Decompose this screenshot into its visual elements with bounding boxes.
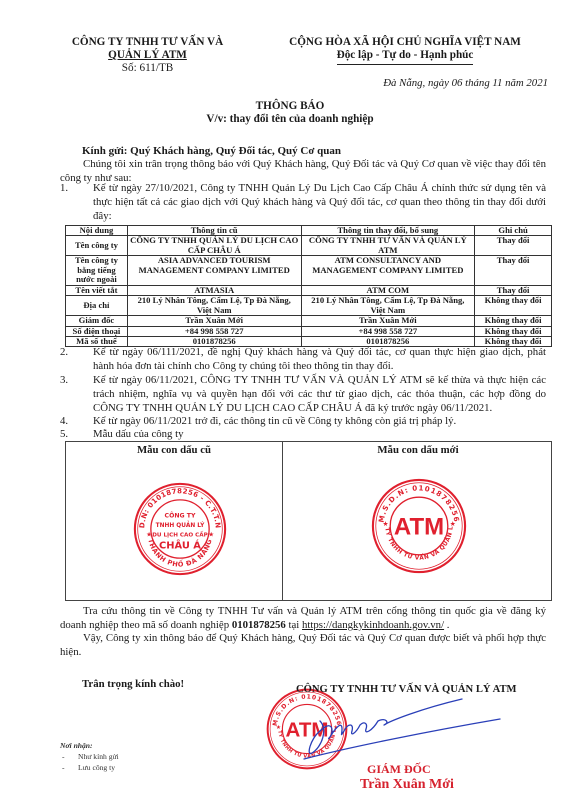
recipients-heading: Nơi nhận: [60, 740, 119, 751]
table-row: Địa chỉ210 Lý Nhân Tông, Cẩm Lệ, Tp Đà N… [66, 296, 552, 316]
row-label: Giám đốc [66, 316, 128, 326]
col-header-new: Thông tin thay đổi, bổ sung [301, 226, 475, 236]
item-text: Kể từ ngày 06/111/2021, đề nghị Quý khác… [93, 346, 546, 374]
new-stamp-cell: Mẫu con dấu mới M.S.D.N: 0101878256 CÔNG… [283, 442, 553, 600]
old-company-seal-icon: M.S.D.N: 0101878256 - C.T.T.N.H.H THÀNH … [133, 482, 227, 576]
item-number: 1. [60, 182, 68, 196]
lookup-text-end: . [444, 619, 449, 631]
document-date: Đà Nẵng, ngày 06 tháng 11 năm 2021 [383, 77, 548, 90]
greeting: Kính gửi: Quý Khách hàng, Quý Đối tác, Q… [82, 145, 341, 158]
row-label: Tên công ty bằng tiếng nước ngoài [66, 256, 128, 285]
old-stamp-cell: Mẫu con dấu cũ M.S.D.N: 0101878256 - C.T… [66, 442, 283, 600]
issuer-name-line2: QUẢN LÝ ATM [60, 49, 235, 62]
new-stamp-header: Mẫu con dấu mới [283, 444, 553, 457]
svg-text:★: ★ [276, 724, 281, 731]
svg-text:CÔNG TY: CÔNG TY [165, 511, 196, 520]
old-value: CÔNG TY TNHH QUẢN LÝ DU LỊCH CAO CẤP CHÂ… [127, 236, 301, 256]
old-value: 210 Lý Nhân Tông, Cẩm Lệ, Tp Đà Nẵng, Vi… [127, 296, 301, 316]
row-label: Số điện thoại [66, 326, 128, 336]
item-text: Kể từ ngày 27/10/2021, Công ty TNHH Quản… [93, 182, 546, 223]
table-header-row: Nội dung Thông tin cũ Thông tin thay đổi… [66, 226, 552, 236]
svg-text:TNHH QUẢN LÝ: TNHH QUẢN LÝ [156, 521, 205, 529]
old-value: ATMASIA [127, 285, 301, 295]
issuer-block: CÔNG TY TNHH TƯ VẤN VÀ QUẢN LÝ ATM Số: 6… [60, 36, 235, 75]
item-number: 2. [60, 346, 68, 360]
col-header-note: Ghi chú [475, 226, 552, 236]
note-value: Thay đổi [475, 285, 552, 295]
row-label: Tên công ty [66, 236, 128, 256]
new-value: ATM CONSULTANCY AND MANAGEMENT COMPANY L… [301, 256, 475, 285]
list-item: 1. Kể từ ngày 27/10/2021, Công ty TNHH Q… [60, 182, 546, 223]
lookup-text-mid: tại [286, 619, 302, 631]
lookup-paragraph: Tra cứu thông tin về Công ty TNHH Tư vấn… [60, 605, 546, 633]
table-row: Tên viết tắtATMASIAATM COMThay đổi [66, 285, 552, 295]
svg-text:CHÂU Á: CHÂU Á [159, 539, 201, 552]
old-stamp-header: Mẫu con dấu cũ [66, 444, 282, 457]
stamp-samples-table: Mẫu con dấu cũ M.S.D.N: 0101878256 - C.T… [65, 441, 552, 601]
list-item: 2. Kể từ ngày 06/111/2021, đề nghị Quý k… [60, 346, 546, 374]
table-row: Tên công ty bằng tiếng nước ngoàiASIA AD… [66, 256, 552, 285]
national-motto: Độc lập - Tự do - Hạnh phúc [337, 49, 474, 65]
national-heading: CỘNG HÒA XÃ HỘI CHỦ NGHĨA VIỆT NAM Độc l… [255, 36, 555, 65]
item-number: 3. [60, 374, 68, 388]
issuer-name-line1: CÔNG TY TNHH TƯ VẤN VÀ [60, 36, 235, 49]
note-value: Không thay đổi [475, 316, 552, 326]
new-value: Trần Xuân Mới [301, 316, 475, 326]
director-title: GIÁM ĐỐC [367, 762, 431, 777]
list-item: 3. Kể từ ngày 06/11/2021, CÔNG TY TNHH T… [60, 374, 546, 415]
table-row: Tên công tyCÔNG TY TNHH QUẢN LÝ DU LỊCH … [66, 236, 552, 256]
title-main: THÔNG BÁO [0, 100, 580, 113]
list-item: 4. Kể từ ngày 06/11/2021 trở đi, các thô… [60, 415, 546, 429]
recipient-item: -Như kính gửi [60, 751, 119, 762]
item-text: Mẫu dấu của công ty [93, 428, 546, 442]
svg-text:★: ★ [383, 520, 389, 528]
nation-name: CỘNG HÒA XÃ HỘI CHỦ NGHĨA VIỆT NAM [255, 36, 555, 49]
svg-text:★: ★ [450, 520, 456, 528]
note-value: Không thay đổi [475, 296, 552, 316]
new-value: +84 998 558 727 [301, 326, 475, 336]
director-name: Trần Xuân Mới [360, 776, 454, 793]
new-value: ATM COM [301, 285, 475, 295]
new-company-seal-icon: M.S.D.N: 0101878256 CÔNG TY TNHH TƯ VẤN … [371, 478, 467, 574]
note-value: Thay đổi [475, 236, 552, 256]
note-value: Không thay đổi [475, 326, 552, 336]
svg-text:★: ★ [146, 531, 152, 539]
business-registry-link[interactable]: https://dangkykinhdoanh.gov.vn/ [302, 619, 444, 631]
svg-text:DU LỊCH CAO CẤP: DU LỊCH CAO CẤP [152, 531, 208, 539]
col-header-content: Nội dung [66, 226, 128, 236]
new-value: 210 Lý Nhân Tông, Cẩm Lệ, Tp Đà Nẵng, Vi… [301, 296, 475, 316]
item-text: Kể từ ngày 06/11/2021, CÔNG TY TNHH TƯ V… [93, 374, 546, 415]
old-value: Trần Xuân Mới [127, 316, 301, 326]
note-value: Thay đổi [475, 256, 552, 285]
col-header-old: Thông tin cũ [127, 226, 301, 236]
item-number: 4. [60, 415, 68, 429]
svg-text:★: ★ [208, 531, 214, 539]
title-subject: V/v: thay đổi tên của doanh nghiệp [0, 113, 580, 126]
row-label: Tên viết tắt [66, 285, 128, 295]
item-number: 5. [60, 428, 68, 442]
conclusion-paragraph: Vậy, Công ty xin thông báo để Quý Khách … [60, 632, 546, 660]
table-row: Giám đốcTrần Xuân MớiTrần Xuân MớiKhông … [66, 316, 552, 326]
tax-code: 0101878256 [232, 619, 286, 631]
closing-salutation: Trân trọng kính chào! [82, 678, 184, 691]
document-title: THÔNG BÁO V/v: thay đổi tên của doanh ng… [0, 100, 580, 127]
document-number: Số: 611/TB [60, 62, 235, 75]
recipient-item: -Lưu công ty [60, 762, 119, 773]
row-label: Địa chỉ [66, 296, 128, 316]
recipients-block: Nơi nhận: -Như kính gửi -Lưu công ty [60, 740, 119, 773]
list-item: 5. Mẫu dấu của công ty [60, 428, 546, 442]
old-value: ASIA ADVANCED TOURISM MANAGEMENT COMPANY… [127, 256, 301, 285]
company-info-table: Nội dung Thông tin cũ Thông tin thay đổi… [65, 225, 552, 347]
handwritten-signature-icon [290, 695, 550, 765]
svg-text:ATM: ATM [394, 514, 444, 541]
old-value: +84 998 558 727 [127, 326, 301, 336]
item-text: Kể từ ngày 06/11/2021 trở đi, các thông … [93, 415, 546, 429]
new-value: CÔNG TY TNHH TƯ VẤN VÀ QUẢN LÝ ATM [301, 236, 475, 256]
table-row: Số điện thoại+84 998 558 727+84 998 558 … [66, 326, 552, 336]
